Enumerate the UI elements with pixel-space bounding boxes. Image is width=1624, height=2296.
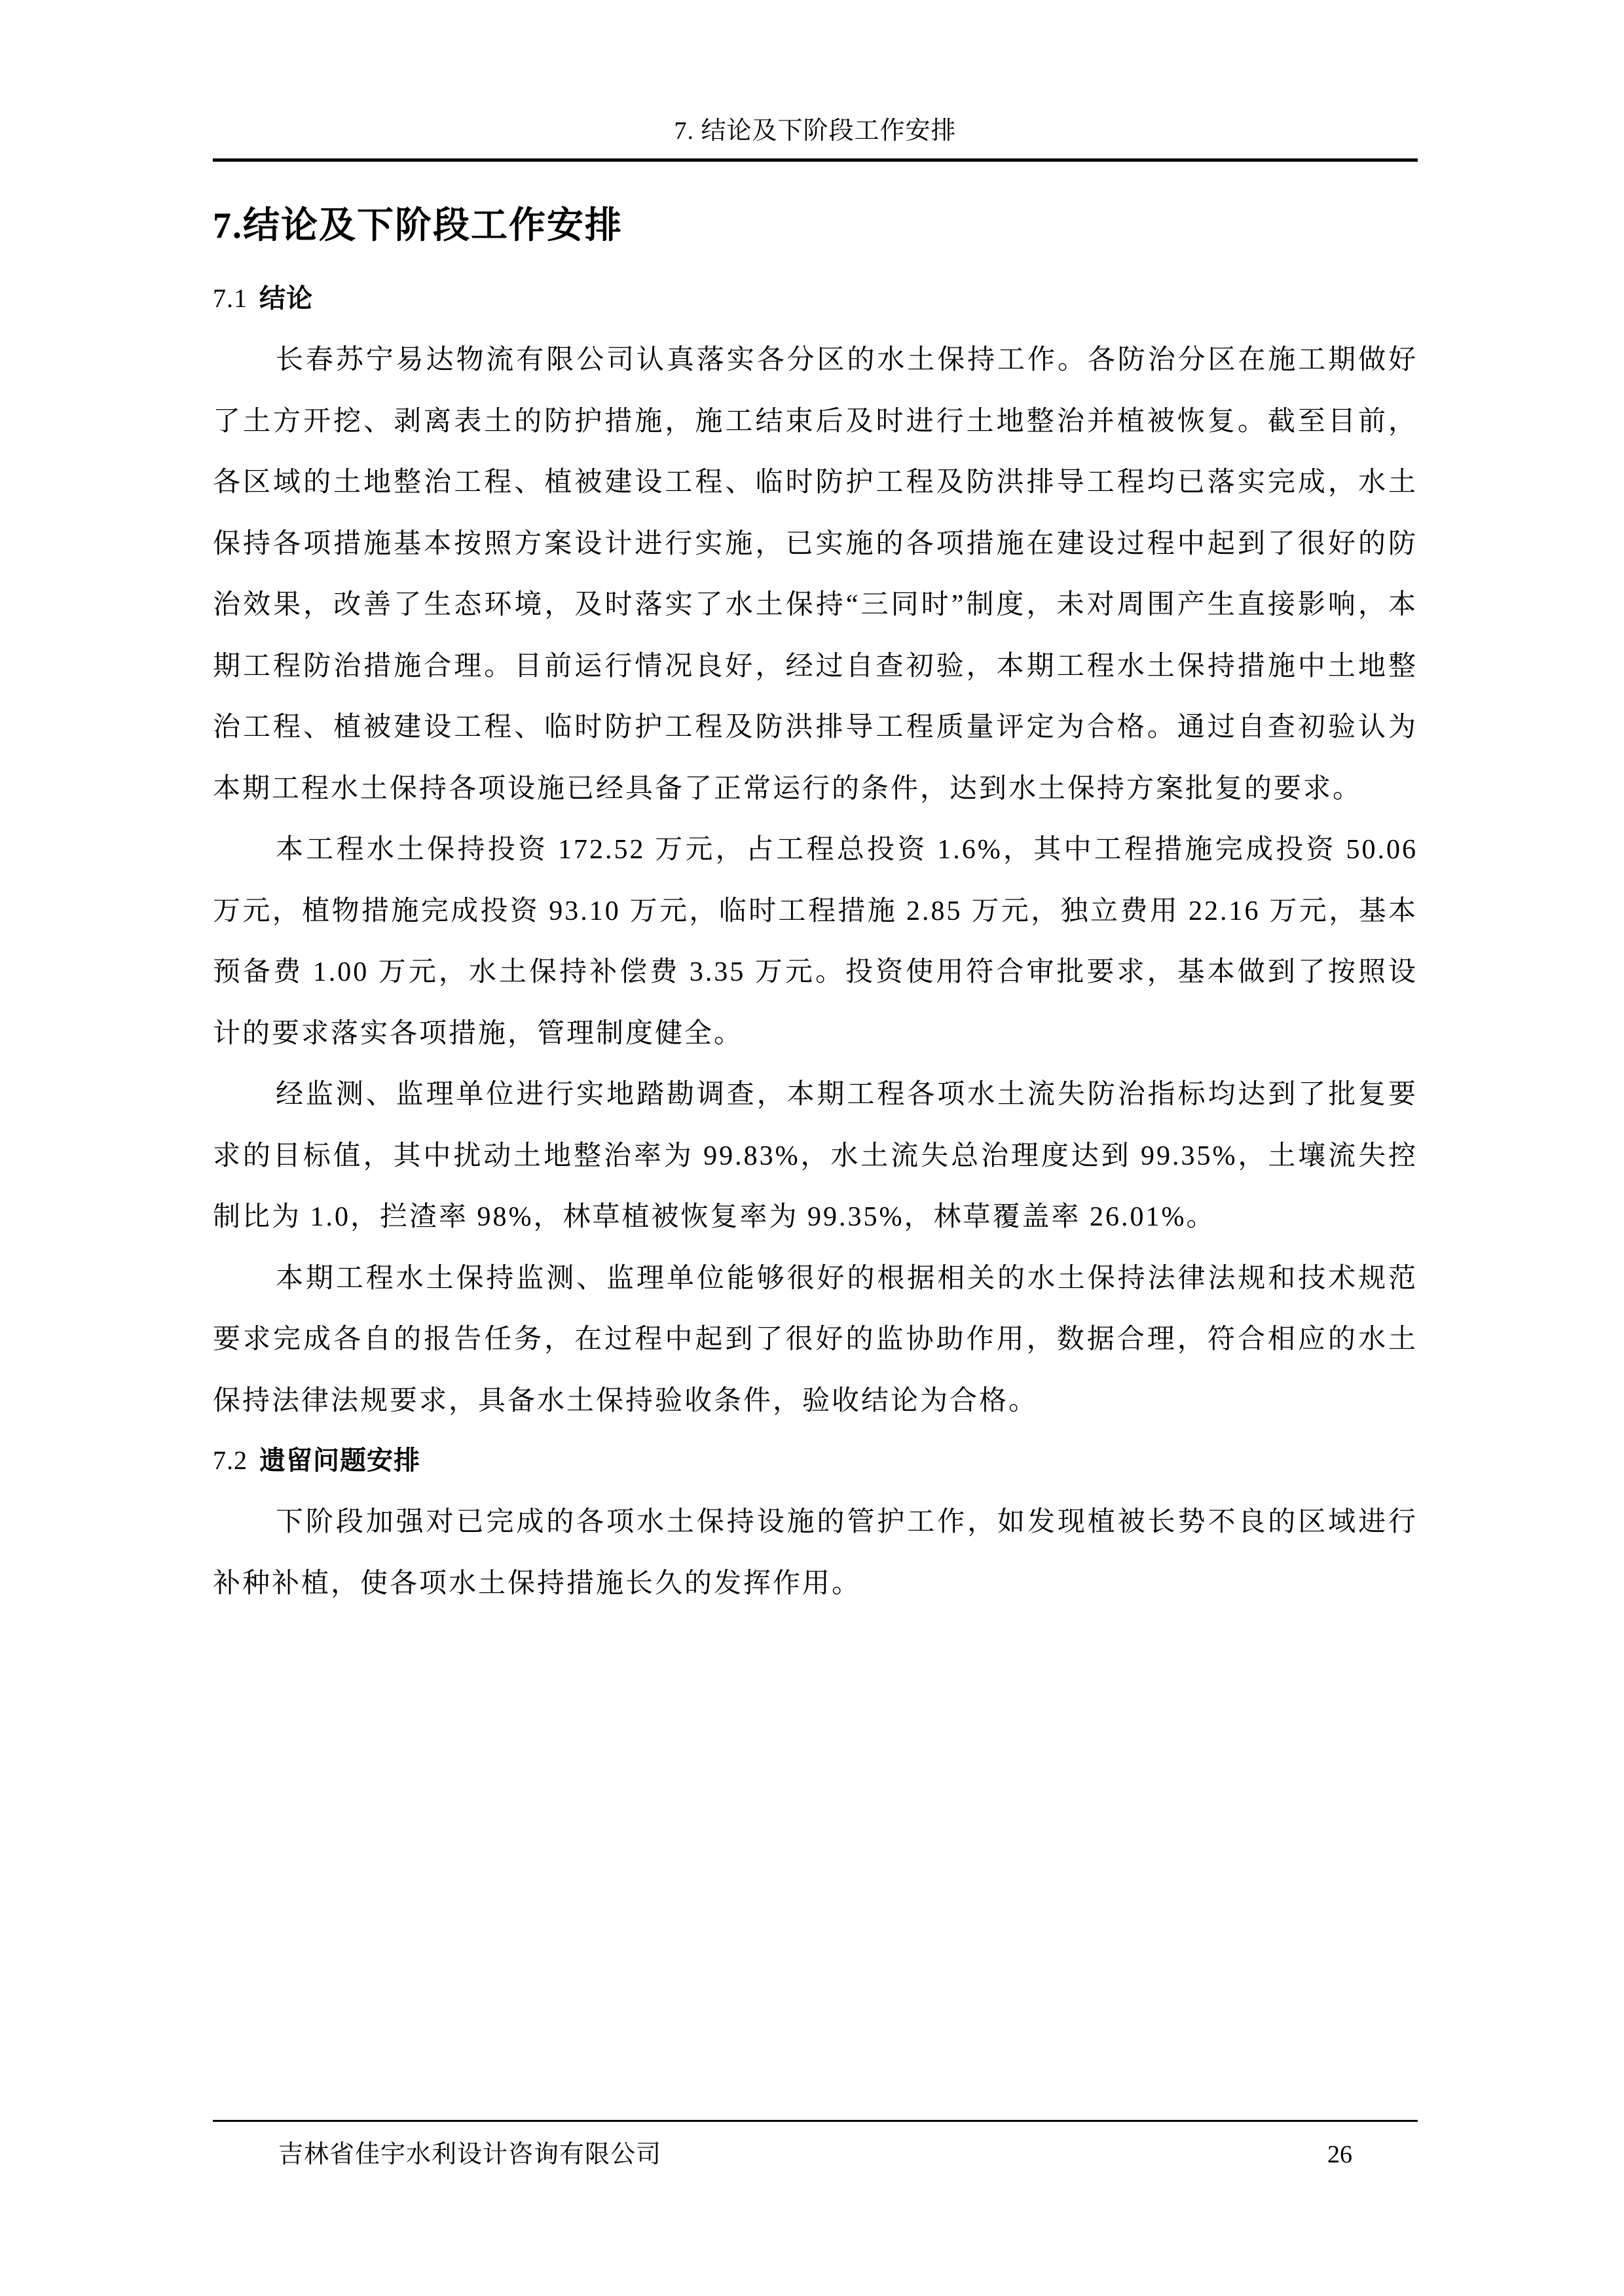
section-7-1: 7.1结论 长春苏宁易达物流有限公司认真落实各分区的水土保持工作。各防治分区在施… <box>213 279 1418 1432</box>
paragraph-conclusion-summary: 长春苏宁易达物流有限公司认真落实各分区的水土保持工作。各防治分区在施工期做好了土… <box>213 330 1418 820</box>
paragraph-supervision: 本期工程水土保持监测、监理单位能够很好的根据相关的水土保持法律法规和技术规范要求… <box>213 1248 1418 1432</box>
section-number: 7.1 <box>213 283 248 313</box>
section-spacer <box>213 1432 1418 1441</box>
section-heading: 7.2遗留问题安排 <box>213 1441 1418 1480</box>
paragraph-remaining-issues: 下阶段加强对已完成的各项水土保持设施的管护工作，如发现植被长势不良的区域进行补种… <box>213 1492 1418 1614</box>
page-number: 26 <box>1327 2135 1352 2174</box>
running-header-title: 7. 结论及下阶段工作安排 <box>674 111 956 151</box>
page-header: 7. 结论及下阶段工作安排 <box>213 111 1418 162</box>
chapter-title: 7.结论及下阶段工作安排 <box>213 196 1418 255</box>
section-heading: 7.1结论 <box>213 279 1418 318</box>
paragraph-monitoring-indicators: 经监测、监理单位进行实地踏勘调查，本期工程各项水土流失防治指标均达到了批复要求的… <box>213 1065 1418 1248</box>
paragraph-investment: 本工程水土保持投资 172.52 万元，占工程总投资 1.6%，其中工程措施完成… <box>213 820 1418 1065</box>
section-title: 遗留问题安排 <box>259 1446 420 1475</box>
page-footer: 吉林省佳宇水利设计咨询有限公司 26 <box>213 2120 1418 2122</box>
section-number: 7.2 <box>213 1446 248 1475</box>
page-body: 7.结论及下阶段工作安排 7.1结论 长春苏宁易达物流有限公司认真落实各分区的水… <box>213 196 1418 1614</box>
section-title: 结论 <box>259 283 313 313</box>
footer-company-name: 吉林省佳宇水利设计咨询有限公司 <box>278 2135 661 2174</box>
section-7-2: 7.2遗留问题安排 下阶段加强对已完成的各项水土保持设施的管护工作，如发现植被长… <box>213 1441 1418 1614</box>
